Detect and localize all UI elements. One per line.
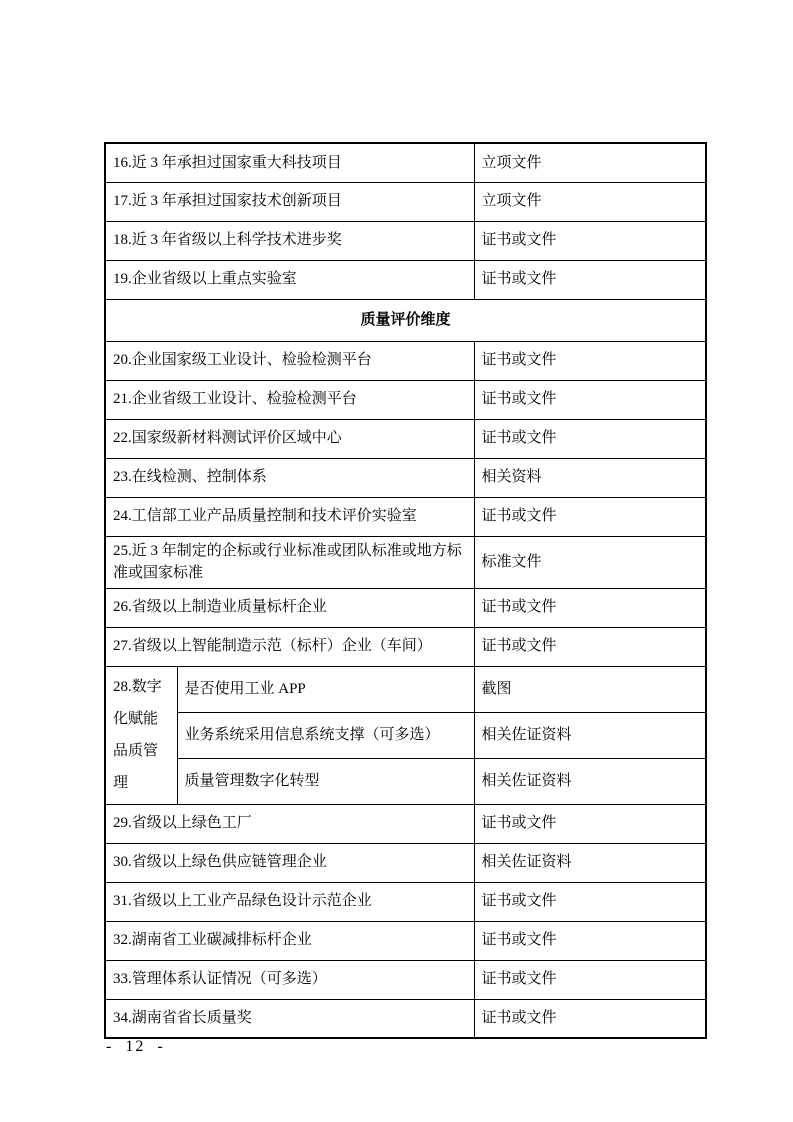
doc-cell: 标准文件 — [474, 536, 706, 588]
table-row: 23.在线检测、控制体系 相关资料 — [105, 458, 706, 497]
doc-cell: 证书或文件 — [474, 221, 706, 260]
item-cell: 33.管理体系认证情况（可多选） — [105, 960, 474, 999]
table-row: 26.省级以上制造业质量标杆企业 证书或文件 — [105, 588, 706, 627]
item-cell: 32.湖南省工业碳减排标杆企业 — [105, 921, 474, 960]
table-row: 32.湖南省工业碳减排标杆企业 证书或文件 — [105, 921, 706, 960]
doc-cell: 证书或文件 — [474, 960, 706, 999]
table-row: 22.国家级新材料测试评价区域中心 证书或文件 — [105, 419, 706, 458]
doc-cell: 证书或文件 — [474, 380, 706, 419]
evaluation-materials-table: 16.近 3 年承担过国家重大科技项目 立项文件 17.近 3 年承担过国家技术… — [104, 142, 707, 1039]
table-row: 19.企业省级以上重点实验室 证书或文件 — [105, 260, 706, 299]
group-sub-row: 质量管理数字化转型 相关佐证资料 — [105, 758, 706, 804]
group-label-cell: 28.数字化赋能品质管理 — [105, 666, 177, 804]
item-cell: 27.省级以上智能制造示范（标杆）企业（车间） — [105, 627, 474, 666]
doc-cell: 证书或文件 — [474, 497, 706, 536]
item-cell: 24.工信部工业产品质量控制和技术评价实验室 — [105, 497, 474, 536]
item-cell: 26.省级以上制造业质量标杆企业 — [105, 588, 474, 627]
sub-item-cell: 质量管理数字化转型 — [177, 758, 474, 804]
item-cell: 18.近 3 年省级以上科学技术进步奖 — [105, 221, 474, 260]
sub-item-cell: 是否使用工业 APP — [177, 666, 474, 712]
item-cell: 20.企业国家级工业设计、检验检测平台 — [105, 341, 474, 380]
doc-cell: 证书或文件 — [474, 341, 706, 380]
item-cell: 17.近 3 年承担过国家技术创新项目 — [105, 182, 474, 221]
item-cell: 31.省级以上工业产品绿色设计示范企业 — [105, 882, 474, 921]
doc-cell: 证书或文件 — [474, 260, 706, 299]
item-cell: 19.企业省级以上重点实验室 — [105, 260, 474, 299]
item-cell: 29.省级以上绿色工厂 — [105, 804, 474, 843]
table-row: 24.工信部工业产品质量控制和技术评价实验室 证书或文件 — [105, 497, 706, 536]
item-cell: 25.近 3 年制定的企标或行业标准或团队标准或地方标准或国家标准 — [105, 536, 474, 588]
doc-cell: 证书或文件 — [474, 588, 706, 627]
table-row: 17.近 3 年承担过国家技术创新项目 立项文件 — [105, 182, 706, 221]
item-cell: 16.近 3 年承担过国家重大科技项目 — [105, 143, 474, 182]
section-header-quality-dimension: 质量评价维度 — [105, 299, 706, 341]
doc-cell: 相关佐证资料 — [474, 712, 706, 758]
item-cell: 34.湖南省省长质量奖 — [105, 999, 474, 1038]
doc-cell: 立项文件 — [474, 182, 706, 221]
table-row: 34.湖南省省长质量奖 证书或文件 — [105, 999, 706, 1038]
doc-cell: 证书或文件 — [474, 921, 706, 960]
group-sub-row: 业务系统采用信息系统支撑（可多选） 相关佐证资料 — [105, 712, 706, 758]
doc-cell: 证书或文件 — [474, 419, 706, 458]
table-row: 25.近 3 年制定的企标或行业标准或团队标准或地方标准或国家标准 标准文件 — [105, 536, 706, 588]
table-row: 29.省级以上绿色工厂 证书或文件 — [105, 804, 706, 843]
document-page: 16.近 3 年承担过国家重大科技项目 立项文件 17.近 3 年承担过国家技术… — [0, 0, 793, 1122]
table-row: 20.企业国家级工业设计、检验检测平台 证书或文件 — [105, 341, 706, 380]
table-row: 27.省级以上智能制造示范（标杆）企业（车间） 证书或文件 — [105, 627, 706, 666]
table-row: 33.管理体系认证情况（可多选） 证书或文件 — [105, 960, 706, 999]
table-row: 30.省级以上绿色供应链管理企业 相关佐证资料 — [105, 843, 706, 882]
doc-cell: 证书或文件 — [474, 627, 706, 666]
doc-cell: 相关资料 — [474, 458, 706, 497]
doc-cell: 截图 — [474, 666, 706, 712]
item-cell: 22.国家级新材料测试评价区域中心 — [105, 419, 474, 458]
table-row: 31.省级以上工业产品绿色设计示范企业 证书或文件 — [105, 882, 706, 921]
sub-item-cell: 业务系统采用信息系统支撑（可多选） — [177, 712, 474, 758]
doc-cell: 相关佐证资料 — [474, 843, 706, 882]
doc-cell: 相关佐证资料 — [474, 758, 706, 804]
table-row: 21.企业省级工业设计、检验检测平台 证书或文件 — [105, 380, 706, 419]
item-cell: 23.在线检测、控制体系 — [105, 458, 474, 497]
section-header-row: 质量评价维度 — [105, 299, 706, 341]
table-row: 16.近 3 年承担过国家重大科技项目 立项文件 — [105, 143, 706, 182]
doc-cell: 证书或文件 — [474, 804, 706, 843]
page-number: - 12 - — [106, 1038, 165, 1056]
item-cell: 21.企业省级工业设计、检验检测平台 — [105, 380, 474, 419]
doc-cell: 证书或文件 — [474, 882, 706, 921]
doc-cell: 证书或文件 — [474, 999, 706, 1038]
table-row: 18.近 3 年省级以上科学技术进步奖 证书或文件 — [105, 221, 706, 260]
doc-cell: 立项文件 — [474, 143, 706, 182]
group-row-digitalization: 28.数字化赋能品质管理 是否使用工业 APP 截图 — [105, 666, 706, 712]
item-cell: 30.省级以上绿色供应链管理企业 — [105, 843, 474, 882]
